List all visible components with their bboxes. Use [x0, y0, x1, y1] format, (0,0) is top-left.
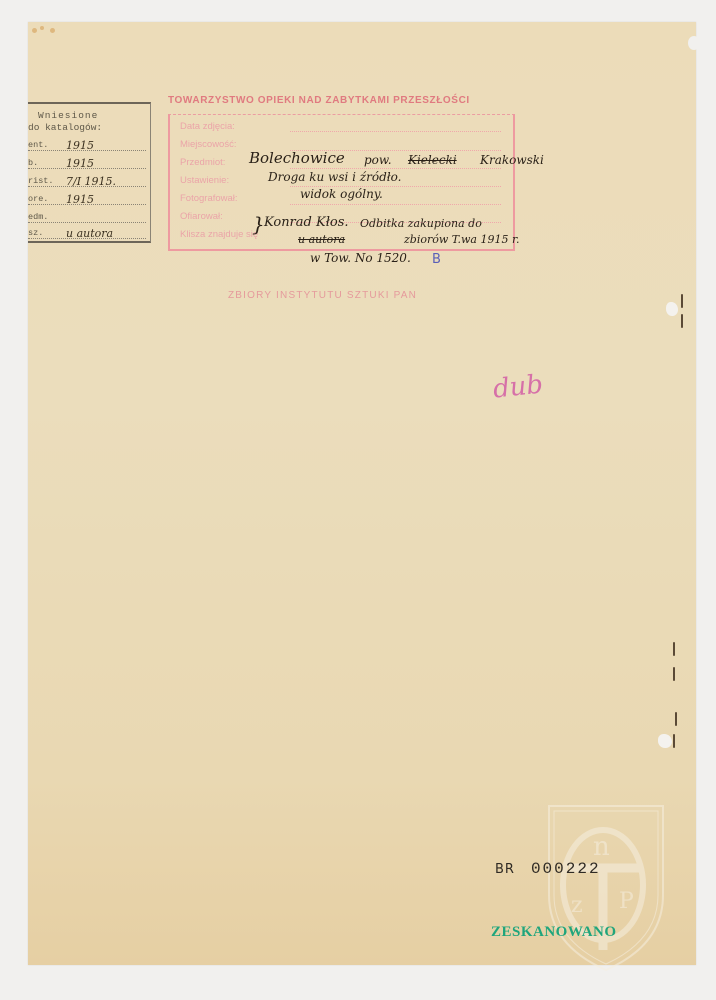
catalog-row-value: 1915	[66, 157, 94, 170]
handwritten-object-line1: Droga ku wsi i źródło.	[268, 170, 401, 184]
catalog-stamp-title: Wniesione	[38, 110, 98, 121]
torn-hole	[666, 302, 678, 316]
staple-mark	[681, 294, 683, 308]
reference-value: 000222	[531, 860, 601, 878]
dotted-line	[290, 131, 501, 132]
catalog-row: rist. 7/I 1915.	[28, 172, 146, 187]
catalog-row-label: ent.	[28, 140, 48, 150]
staple-mark	[673, 734, 675, 748]
dotted-line	[290, 168, 501, 169]
brace-mark: }	[252, 212, 265, 236]
catalog-row-value: 1915	[66, 139, 94, 152]
catalog-row-label: rist.	[28, 176, 54, 186]
catalog-row-value: 1915	[66, 193, 94, 206]
handwritten-note-line2: zbiorów T.wa 1915 r.	[404, 233, 520, 246]
pink-signature: dub	[492, 369, 545, 404]
handwritten-object-line2: widok ogólny.	[300, 187, 383, 201]
handwritten-district: Krakowski	[480, 153, 544, 167]
catalog-row-label: sz.	[28, 228, 43, 238]
svg-text:z: z	[571, 893, 583, 918]
catalog-row-label: edm.	[28, 212, 48, 222]
scanned-stamp: ZESKANOWANO	[491, 924, 617, 941]
reference-prefix: BR	[495, 862, 515, 877]
stamp-field-label: Klisza znajduje się	[180, 229, 258, 240]
handwritten-district-struck: Kielecki	[408, 153, 457, 167]
catalog-row: ore. 1915	[28, 190, 146, 205]
catalog-stamp-subtitle: do katalogów:	[28, 122, 102, 133]
document-sheet: Wniesione do katalogów: ent. 1915 b. 191…	[28, 22, 696, 965]
stamp-field-label: Data zdjęcia:	[180, 121, 235, 132]
catalog-row-label: b.	[28, 158, 38, 168]
institute-shield-watermark-icon: n P z	[541, 800, 671, 975]
handwritten-photographer: Konrad Kłos.	[264, 215, 349, 230]
stain	[32, 28, 37, 33]
catalog-row-label: ore.	[28, 194, 48, 204]
staple-mark	[675, 712, 677, 726]
catalog-row: edm.	[28, 208, 146, 223]
stamp-field-label: Ofiarował:	[180, 211, 223, 222]
reference-number: BR000222	[495, 860, 601, 878]
handwritten-note-struck: u autora	[298, 233, 345, 246]
stain	[40, 26, 44, 30]
catalog-row-value: u autora	[66, 227, 113, 240]
society-stamp-header: TOWARZYSTWO OPIEKI NAD ZABYTKAMI PRZESZŁ…	[168, 95, 470, 106]
handwritten-district-prefix: pow.	[364, 153, 392, 167]
collection-stamp: ZBIORY INSTYTUTU SZTUKI PAN	[228, 290, 417, 301]
catalog-row-value: 7/I 1915.	[66, 175, 116, 188]
torn-hole	[658, 734, 672, 748]
staple-mark	[673, 667, 675, 681]
edge-notch	[688, 36, 700, 50]
catalog-row: b. 1915	[28, 154, 146, 169]
catalog-row: ent. 1915	[28, 136, 146, 151]
handwritten-note-line1: Odbitka zakupiona do	[360, 217, 482, 230]
stamp-field-label: Miejscowość:	[180, 139, 237, 150]
stamp-field-label: Przedmiot:	[180, 157, 225, 168]
dotted-line	[290, 204, 501, 205]
stamp-field-label: Fotografował:	[180, 193, 238, 204]
blue-letter-mark: B	[432, 252, 441, 267]
staple-mark	[681, 314, 683, 328]
svg-text:P: P	[619, 889, 634, 914]
staple-mark	[673, 642, 675, 656]
stamp-field-label: Ustawienie:	[180, 175, 229, 186]
stain	[50, 28, 55, 33]
handwritten-place: Bolechowice	[249, 149, 345, 167]
catalog-stamp: Wniesione do katalogów: ent. 1915 b. 191…	[28, 102, 151, 243]
handwritten-inventory: w Tow. No 1520.	[310, 251, 411, 265]
catalog-row: sz. u autora	[28, 224, 146, 239]
svg-text:n: n	[593, 832, 610, 862]
